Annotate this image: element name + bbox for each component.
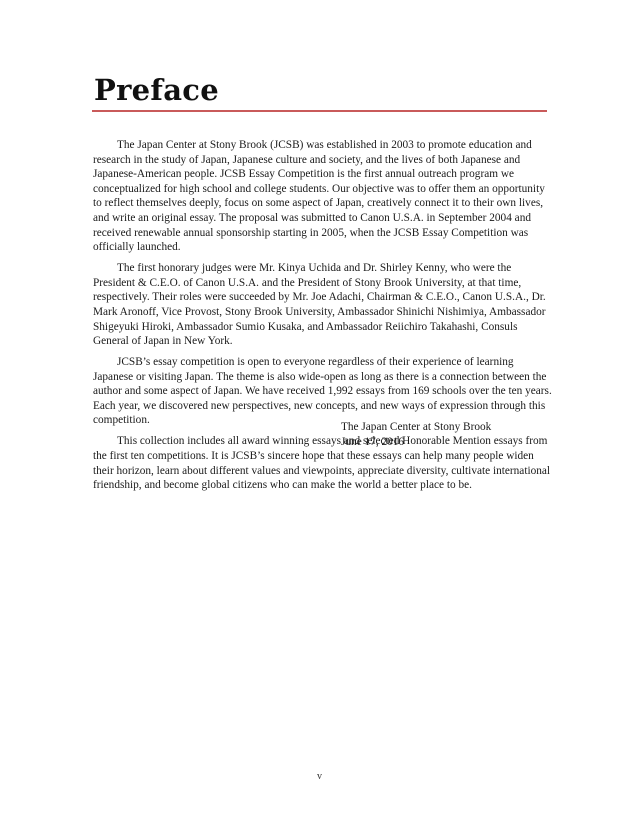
page-title: Preface xyxy=(94,70,219,110)
paragraph-1: The Japan Center at Stony Brook (JCSB) w… xyxy=(93,138,553,255)
signature-org: The Japan Center at Stony Brook xyxy=(341,420,491,435)
paragraph-2: The first honorary judges were Mr. Kinya… xyxy=(93,261,553,349)
paragraph-3: JCSB’s essay competition is open to ever… xyxy=(93,355,553,428)
page-number: v xyxy=(0,771,639,782)
title-underline-divider xyxy=(92,110,547,112)
signature-block: The Japan Center at Stony Brook June 17,… xyxy=(341,420,491,449)
signature-date: June 17, 2016 xyxy=(341,435,491,450)
